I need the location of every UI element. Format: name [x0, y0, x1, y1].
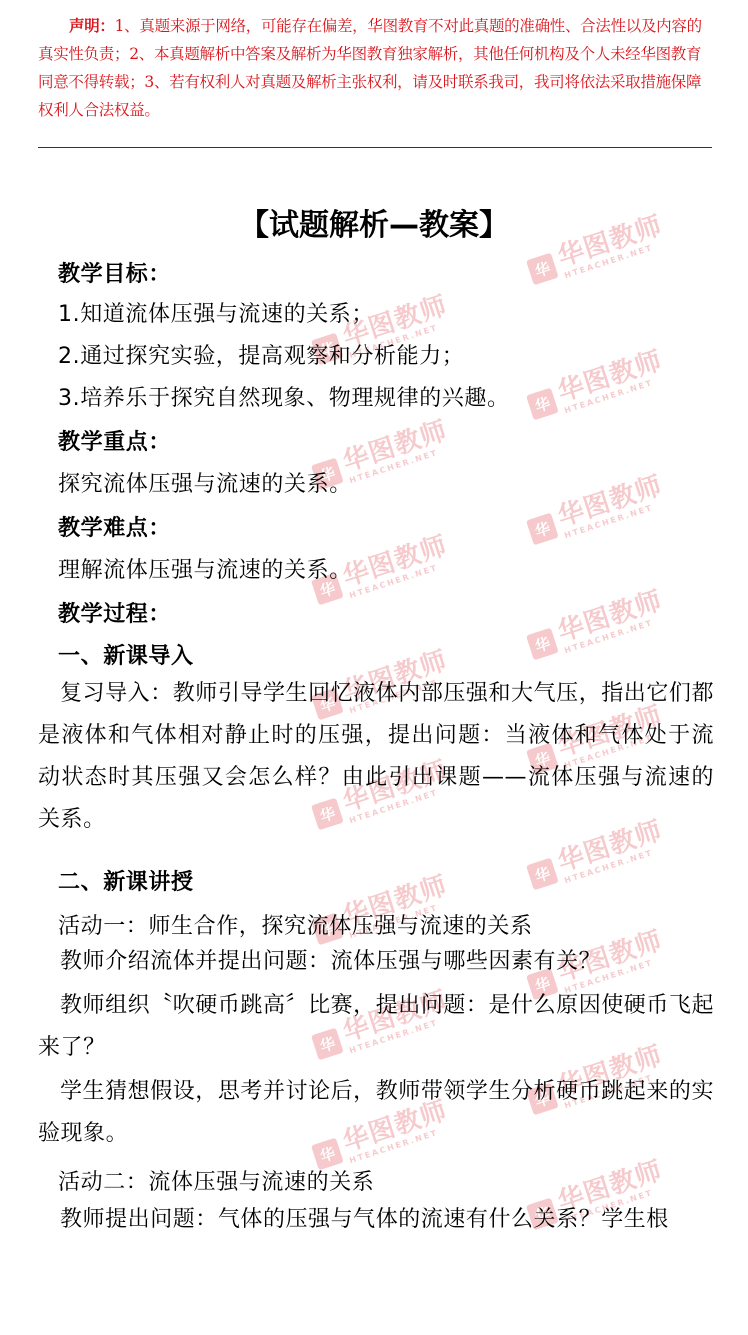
watermark-logo-icon: 华 [526, 253, 559, 286]
activity1-paragraph: 教师介绍流体并提出问题：流体压强与哪些因素有关？ [38, 941, 714, 983]
goal-item: 1.知道流体压强与流速的关系； [58, 297, 374, 328]
goal-item: 3.培养乐于探究自然现象、物理规律的兴趣。 [58, 381, 510, 412]
watermark-logo: 华华图教师HTEACHER.NET [524, 348, 668, 426]
goal-item: 2.通过探究实验，提高观察和分析能力； [58, 339, 464, 370]
activity2-paragraph: 教师提出问题：气体的压强与气体的流速有什么关系？学生根 [38, 1199, 714, 1241]
section-heading-goals: 教学目标： [58, 257, 171, 288]
disclaimer-label: 声明： [69, 16, 115, 35]
activity1-paragraph: 学生猜想假设，思考并讨论后，教师带领学生分析硬币跳起来的实验现象。 [38, 1071, 714, 1155]
activity1-paragraph: 教师组织〝吹硬币跳高〞比赛，提出问题：是什么原因使硬币飞起来了？ [38, 985, 714, 1069]
watermark-logo-icon: 华 [526, 858, 559, 891]
activity1-title: 活动一：师生合作，探究流体压强与流速的关系 [58, 909, 533, 940]
disclaimer: 声明：1、真题来源于网络，可能存在偏差，华图教育不对此真题的准确性、合法性以及内… [38, 12, 712, 124]
page-title: 【试题解析—教案】 [0, 200, 748, 244]
activity2-title: 活动二：流体压强与流速的关系 [58, 1165, 374, 1196]
section-heading-difficulty: 教学难点： [58, 511, 171, 542]
disclaimer-text: 1、真题来源于网络，可能存在偏差，华图教育不对此真题的准确性、合法性以及内容的真… [38, 17, 702, 119]
section-heading-process: 教学过程： [58, 597, 171, 628]
part1-paragraph: 复习导入：教师引导学生回忆液体内部压强和大气压，指出它们都是液体和气体相对静止时… [38, 673, 714, 841]
watermark-logo: 华华图教师HTEACHER.NET [524, 473, 668, 551]
difficulty-text: 理解流体压强与流速的关系。 [58, 553, 352, 584]
watermark-logo-icon: 华 [526, 513, 559, 546]
key-text: 探究流体压强与流速的关系。 [58, 467, 352, 498]
part2-heading: 二、新课讲授 [58, 865, 194, 896]
section-heading-key: 教学重点： [58, 425, 171, 456]
part1-heading: 一、新课导入 [58, 639, 194, 670]
watermark-logo: 华华图教师HTEACHER.NET [524, 588, 668, 666]
watermark-logo-icon: 华 [526, 388, 559, 421]
header-divider [38, 147, 712, 148]
watermark-logo-icon: 华 [526, 628, 559, 661]
